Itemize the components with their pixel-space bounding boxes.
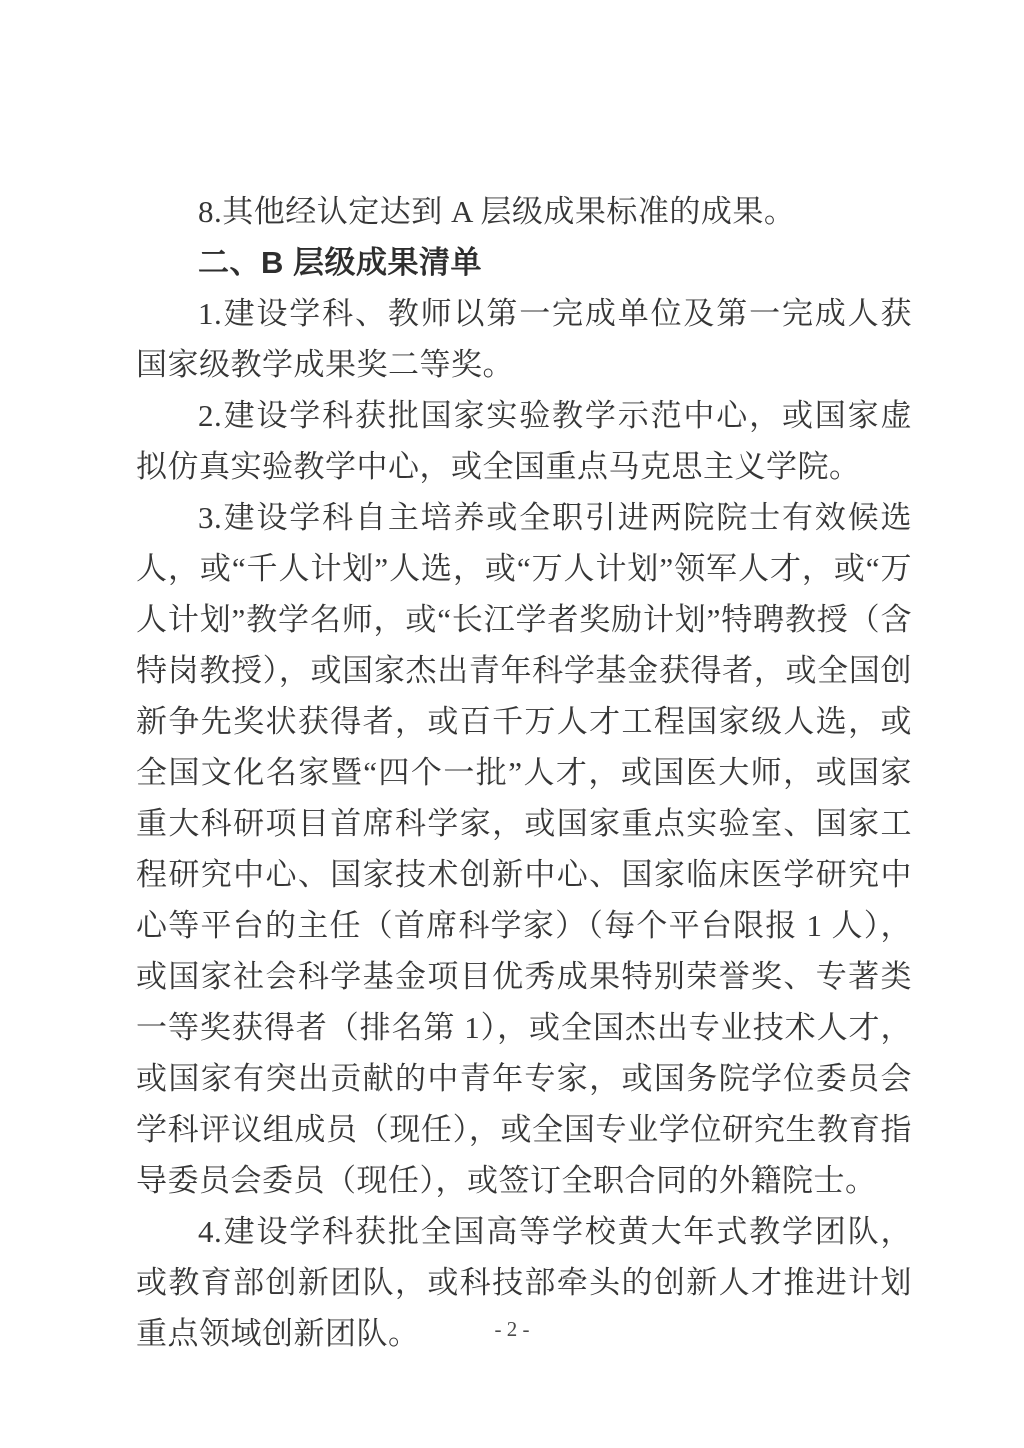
paragraph-a-level-item-8: 8.其他经认定达到 A 层级成果标准的成果。 <box>136 186 912 237</box>
list-item-1: 1.建设学科、教师以第一完成单位及第一完成人获国家级教学成果奖二等奖。 <box>136 288 912 390</box>
list-item-3: 3.建设学科自主培养或全职引进两院院士有效候选人，或“千人计划”人选，或“万人计… <box>136 492 912 1206</box>
section-heading-b-level-list: 二、B 层级成果清单 <box>136 237 912 288</box>
list-item-2: 2.建设学科获批国家实验教学示范中心，或国家虚拟仿真实验教学中心，或全国重点马克… <box>136 390 912 492</box>
page-number: - 2 - <box>0 1317 1024 1342</box>
document-page: 8.其他经认定达到 A 层级成果标准的成果。 二、B 层级成果清单 1.建设学科… <box>0 0 1024 1448</box>
document-content: 8.其他经认定达到 A 层级成果标准的成果。 二、B 层级成果清单 1.建设学科… <box>136 186 912 1359</box>
